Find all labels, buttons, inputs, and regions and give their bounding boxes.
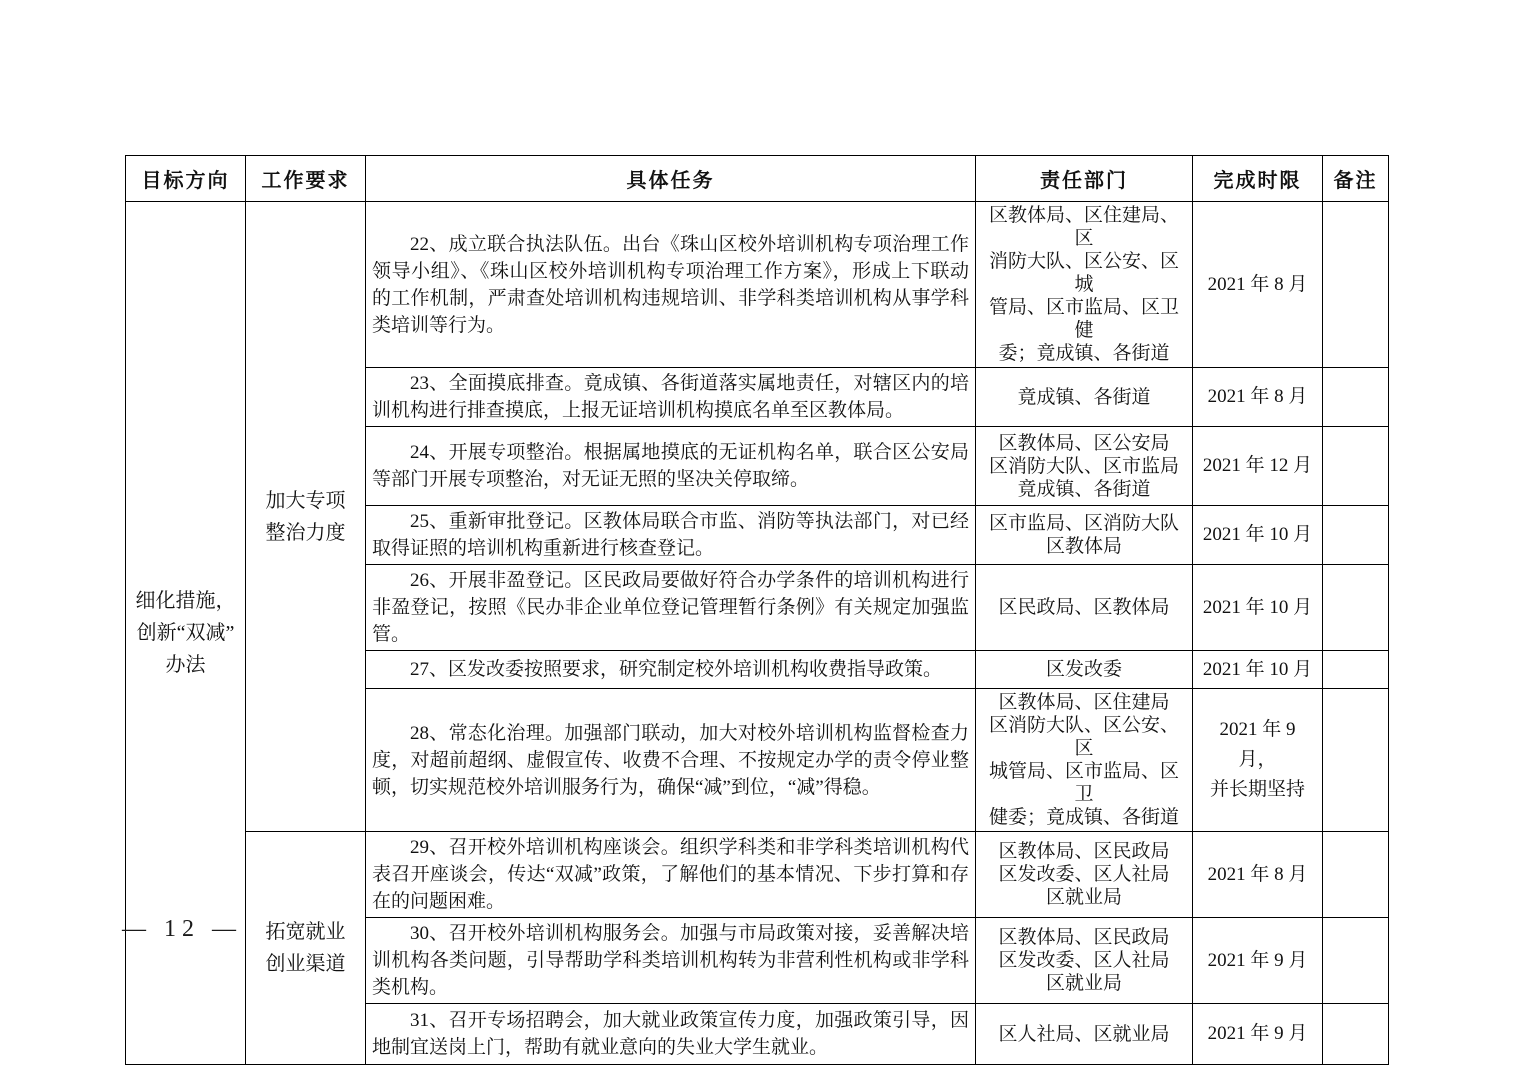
task-cell: 25、重新审批登记。区教体局联合市监、消防等执法部门，对已经取得证照的培训机构重… <box>366 506 976 565</box>
deadline-cell: 2021 年 12 月 <box>1193 427 1323 506</box>
deadline-cell: 2021 年 10 月 <box>1193 506 1323 565</box>
task-cell: 28、常态化治理。加强部门联动，加大对校外培训机构监督检查力度，对超前超纲、虚假… <box>366 689 976 832</box>
table-row: 拓宽就业 创业渠道 29、召开校外培训机构座谈会。组织学科类和非学科类培训机构代… <box>126 832 1389 918</box>
task-cell: 23、全面摸底排查。竟成镇、各街道落实属地责任，对辖区内的培训机构进行排查摸底，… <box>366 368 976 427</box>
task-cell: 26、开展非盈登记。区民政局要做好符合办学条件的培训机构进行非盈登记，按照《民办… <box>366 565 976 651</box>
document-page: 目标方向 工作要求 具体任务 责任部门 完成时限 备注 细化措施， 创新“双减”… <box>0 0 1520 1074</box>
note-cell <box>1323 368 1389 427</box>
deadline-cell: 2021 年 9 月 <box>1193 918 1323 1004</box>
work-plan-table: 目标方向 工作要求 具体任务 责任部门 完成时限 备注 细化措施， 创新“双减”… <box>125 155 1389 1065</box>
deadline-cell: 2021 年 8 月 <box>1193 202 1323 368</box>
deadline-cell: 2021 年 9 月 <box>1193 1004 1323 1065</box>
note-cell <box>1323 918 1389 1004</box>
note-cell <box>1323 1004 1389 1065</box>
department-cell: 区民政局、区教体局 <box>976 565 1193 651</box>
note-cell <box>1323 427 1389 506</box>
deadline-cell: 2021 年 9 月， 并长期坚持 <box>1193 689 1323 832</box>
note-cell <box>1323 689 1389 832</box>
task-cell: 29、召开校外培训机构座谈会。组织学科类和非学科类培训机构代表召开座谈会，传达“… <box>366 832 976 918</box>
task-cell: 31、召开专场招聘会，加大就业政策宣传力度，加强政策引导，因地制宜送岗上门，帮助… <box>366 1004 976 1065</box>
department-cell: 区教体局、区民政局 区发改委、区人社局 区就业局 <box>976 832 1193 918</box>
column-header-goal: 目标方向 <box>126 156 246 202</box>
deadline-cell: 2021 年 10 月 <box>1193 651 1323 689</box>
department-cell: 区教体局、区公安局 区消防大队、区市监局 竟成镇、各街道 <box>976 427 1193 506</box>
work-requirement-cell: 拓宽就业 创业渠道 <box>246 832 366 1065</box>
deadline-cell: 2021 年 8 月 <box>1193 368 1323 427</box>
page-number: — 12 — <box>122 916 242 943</box>
column-header-requirement: 工作要求 <box>246 156 366 202</box>
note-cell <box>1323 832 1389 918</box>
note-cell <box>1323 202 1389 368</box>
department-cell: 区人社局、区就业局 <box>976 1004 1193 1065</box>
department-cell: 竟成镇、各街道 <box>976 368 1193 427</box>
task-cell: 30、召开校外培训机构服务会。加强与市局政策对接，妥善解决培训机构各类问题，引导… <box>366 918 976 1004</box>
note-cell <box>1323 651 1389 689</box>
note-cell <box>1323 565 1389 651</box>
department-cell: 区教体局、区住建局 区消防大队、区公安、区 城管局、区市监局、区卫 健委；竟成镇… <box>976 689 1193 832</box>
column-header-note: 备注 <box>1323 156 1389 202</box>
table-header-row: 目标方向 工作要求 具体任务 责任部门 完成时限 备注 <box>126 156 1389 202</box>
column-header-task: 具体任务 <box>366 156 976 202</box>
column-header-department: 责任部门 <box>976 156 1193 202</box>
department-cell: 区教体局、区住建局、区 消防大队、区公安、区城 管局、区市监局、区卫健 委；竟成… <box>976 202 1193 368</box>
note-cell <box>1323 506 1389 565</box>
task-cell: 22、成立联合执法队伍。出台《珠山区校外培训机构专项治理工作领导小组》、《珠山区… <box>366 202 976 368</box>
deadline-cell: 2021 年 8 月 <box>1193 832 1323 918</box>
task-cell: 24、开展专项整治。根据属地摸底的无证机构名单，联合区公安局等部门开展专项整治，… <box>366 427 976 506</box>
department-cell: 区发改委 <box>976 651 1193 689</box>
deadline-cell: 2021 年 10 月 <box>1193 565 1323 651</box>
department-cell: 区教体局、区民政局 区发改委、区人社局 区就业局 <box>976 918 1193 1004</box>
department-cell: 区市监局、区消防大队 区教体局 <box>976 506 1193 565</box>
work-requirement-cell: 加大专项 整治力度 <box>246 202 366 832</box>
task-cell: 27、区发改委按照要求，研究制定校外培训机构收费指导政策。 <box>366 651 976 689</box>
table-row: 细化措施， 创新“双减” 办法 加大专项 整治力度 22、成立联合执法队伍。出台… <box>126 202 1389 368</box>
column-header-deadline: 完成时限 <box>1193 156 1323 202</box>
